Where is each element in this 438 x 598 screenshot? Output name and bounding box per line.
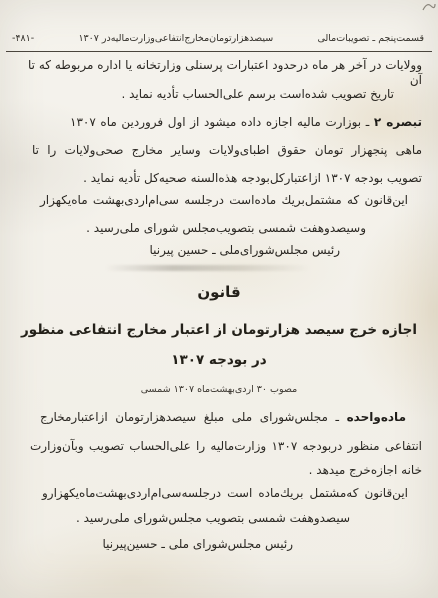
speaker-signature-2: رئیس مجلس‌شورای ملی ـ حسین‌پیرنیا (102, 537, 293, 552)
speaker-signature-1: رئیس مجلس‌شورای‌ملی ـ حسین پیرنیا (149, 243, 340, 258)
running-header: قسمت‌پنجم ـ تصویبات‌مالی سیصدهزارتومان‌م… (12, 33, 424, 44)
tabsareh-lead: تبصره ۲ (374, 115, 422, 129)
tabsareh-line-1: تبصره ۲ ـ بوزارت مالیه اجازه داده میشود … (70, 115, 422, 130)
tabsareh-line-2: ماهی پنجهزار تومان حقوق اطبای‌ولایات وسا… (32, 143, 422, 158)
ratification1-line-1: این‌قانون که مشتمل‌بریك ماده‌است درجلسه … (40, 193, 408, 208)
header-subject-label: سیصدهزارتومان‌مخارج‌انتفاعی‌وزارت‌مالیه‌… (78, 33, 273, 44)
header-rule (6, 51, 432, 52)
ratification1-line-2: وسیصدوهفت شمسی بتصویب‌مجلس شورای ملی‌رسی… (86, 221, 366, 236)
continuation-paragraph-line-2: تاریخ تصویب شده‌است برسم علی‌الحساب تأدی… (122, 87, 395, 102)
madeh-line-2: انتفاعی منظور دربودجه ۱۳۰۷ وزارت‌مالیه ر… (30, 439, 422, 454)
scan-artifact-mark (422, 1, 436, 12)
law-title-line-2: در بودجه ۱۳۰۷ (0, 352, 438, 368)
scan-smudge (105, 265, 310, 271)
approval-date-line: مصوب ۳۰ اردی‌بهشت‌ماه ۱۳۰۷ شمسی (0, 384, 438, 395)
ratification2-line-2: سیصدوهفت شمسی بتصویب مجلس‌شورای ملی‌رسید… (76, 511, 350, 526)
madeh-line-1: ماده‌واحده ـ مجلس‌شورای ملی مبلغ سیصدهزا… (40, 410, 406, 425)
madeh-lead: ماده‌واحده (347, 410, 406, 424)
madeh-line-3: خانه اجازه‌خرج میدهد . (309, 463, 422, 478)
law-heading: قانون (0, 283, 438, 301)
tabsareh-line-3: تصویب بودجه ۱۳۰۷ ازاعتبارکل‌بودجه هذه‌ال… (83, 171, 422, 186)
scanned-document-page: قسمت‌پنجم ـ تصویبات‌مالی سیصدهزارتومان‌م… (0, 0, 438, 598)
tabsareh-line-1-rest: ـ بوزارت مالیه اجازه داده میشود از اول ف… (70, 115, 374, 129)
madeh-line-1-rest: ـ مجلس‌شورای ملی مبلغ سیصدهزارتومان ازاع… (40, 410, 347, 424)
continuation-paragraph-line-1: وولایات در آخر هر ماه درحدود اعتبارات پر… (28, 58, 422, 88)
header-page-number: -۴۸۱- (12, 33, 34, 44)
ratification2-line-1: این‌قانون که‌مشتمل بریك‌ماده است درجلسه‌… (42, 486, 408, 501)
header-section-label: قسمت‌پنجم ـ تصویبات‌مالی (317, 33, 424, 44)
law-title-line-1: اجازه خرج سیصد هزارتومان از اعتبار مخارج… (0, 322, 438, 338)
